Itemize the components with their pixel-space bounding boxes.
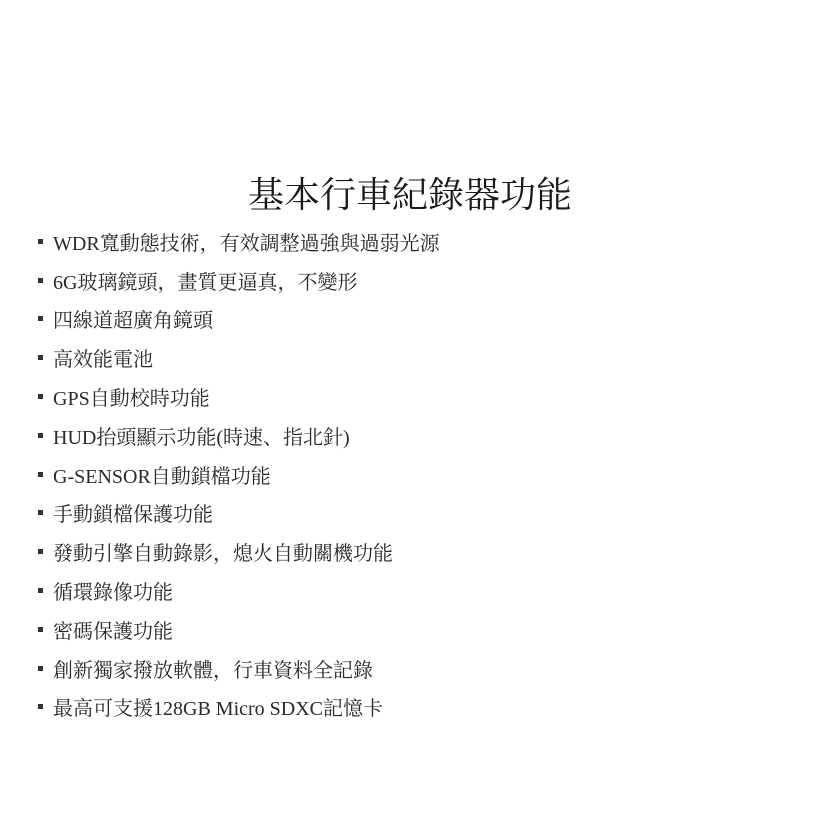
feature-text: 循環錄像功能 xyxy=(53,576,173,605)
feature-text: 高效能電池 xyxy=(53,343,153,372)
square-bullet-icon xyxy=(38,627,43,632)
square-bullet-icon xyxy=(38,355,43,360)
feature-text: G-SENSOR自動鎖檔功能 xyxy=(53,460,271,489)
list-item: 最高可支援128GB Micro SDXC記憶卡 xyxy=(38,688,440,727)
square-bullet-icon xyxy=(38,472,43,477)
feature-text: 6G玻璃鏡頭，畫質更逼真，不變形 xyxy=(53,266,357,295)
feature-text: 創新獨家撥放軟體，行車資料全記錄 xyxy=(53,654,373,683)
list-item: 四線道超廣角鏡頭 xyxy=(38,300,440,339)
square-bullet-icon xyxy=(38,433,43,438)
square-bullet-icon xyxy=(38,278,43,283)
page-title: 基本行車紀錄器功能 xyxy=(0,172,820,218)
list-item: GPS自動校時功能 xyxy=(38,377,440,416)
list-item: G-SENSOR自動鎖檔功能 xyxy=(38,455,440,494)
square-bullet-icon xyxy=(38,549,43,554)
square-bullet-icon xyxy=(38,316,43,321)
feature-text: 手動鎖檔保護功能 xyxy=(53,498,213,527)
square-bullet-icon xyxy=(38,588,43,593)
feature-text: GPS自動校時功能 xyxy=(53,382,210,411)
list-item: 6G玻璃鏡頭，畫質更逼真，不變形 xyxy=(38,261,440,300)
square-bullet-icon xyxy=(38,704,43,709)
list-item: WDR寬動態技術，有效調整過強與過弱光源 xyxy=(38,222,440,261)
feature-text: 密碼保護功能 xyxy=(53,615,173,644)
list-item: 密碼保護功能 xyxy=(38,610,440,649)
feature-text: 四線道超廣角鏡頭 xyxy=(53,304,213,333)
square-bullet-icon xyxy=(38,394,43,399)
feature-list: WDR寬動態技術，有效調整過強與過弱光源 6G玻璃鏡頭，畫質更逼真，不變形 四線… xyxy=(38,222,440,726)
list-item: HUD抬頭顯示功能(時速、指北針) xyxy=(38,416,440,455)
feature-text: 最高可支援128GB Micro SDXC記憶卡 xyxy=(53,692,383,721)
square-bullet-icon xyxy=(38,510,43,515)
list-item: 手動鎖檔保護功能 xyxy=(38,494,440,533)
feature-text: 發動引擎自動錄影，熄火自動關機功能 xyxy=(53,537,393,566)
square-bullet-icon xyxy=(38,239,43,244)
feature-text: WDR寬動態技術，有效調整過強與過弱光源 xyxy=(53,227,440,256)
list-item: 發動引擎自動錄影，熄火自動關機功能 xyxy=(38,532,440,571)
list-item: 循環錄像功能 xyxy=(38,571,440,610)
feature-text: HUD抬頭顯示功能(時速、指北針) xyxy=(53,421,350,450)
list-item: 高效能電池 xyxy=(38,338,440,377)
square-bullet-icon xyxy=(38,666,43,671)
list-item: 創新獨家撥放軟體，行車資料全記錄 xyxy=(38,649,440,688)
